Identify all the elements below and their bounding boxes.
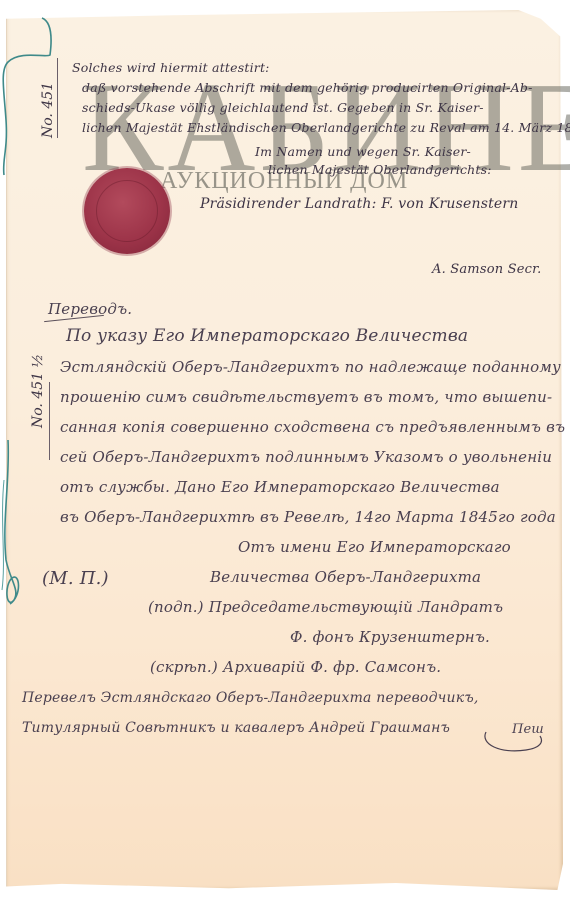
closing-line: Отъ имени Его Императорскаго xyxy=(238,538,511,556)
margin-number-top: No. 451 xyxy=(40,82,56,138)
translation-line: отъ службы. Дано Его Императорскаго Вели… xyxy=(60,478,500,496)
translation-line: въ Оберъ-Ландгерихтѣ въ Ревелѣ, 14го Мар… xyxy=(60,508,556,526)
german-line: Im Namen und wegen Sr. Kaiser- xyxy=(255,144,471,159)
wax-seal-rim xyxy=(96,180,158,242)
german-line: Solches wird hiermit attestirt: xyxy=(72,60,270,75)
margin-number-middle: No. 451 ½ xyxy=(30,354,46,428)
german-line: lichen Majestät Oberlandgerichts: xyxy=(268,162,492,177)
margin-rule-middle xyxy=(49,382,50,460)
signatory-line: (скрѣп.) Архиварiй Ф. фр. Самсонъ. xyxy=(150,658,441,676)
closing-line: Величества Оберъ-Ландгерихта xyxy=(210,568,481,586)
seal-place-mark: (М. П.) xyxy=(42,568,109,589)
german-line: lichen Majestät Ehstländischen Oberlandg… xyxy=(82,120,570,135)
signatory-line: (подп.) Председательствующiй Ландратъ xyxy=(148,598,503,616)
secretary-signature: A. Samson Secr. xyxy=(432,262,541,277)
margin-rule-top xyxy=(57,58,58,138)
signatory-line: Ф. фонъ Крузенштернъ. xyxy=(290,628,490,646)
german-line: schieds-Ukase völlig gleichlautend ist. … xyxy=(82,100,484,115)
translation-line: Эстляндскiй Оберъ-Ландгерихтъ по надлежа… xyxy=(60,358,561,376)
translation-line: санная копiя совершенно сходствена съ пр… xyxy=(60,418,565,436)
translation-line: прошенiю симъ свидѣтельствуетъ въ томъ, … xyxy=(60,388,552,406)
german-line: daß vorstehende Abschrift mit dem gehöri… xyxy=(82,80,533,95)
translator-line: Титулярный Совѣтникъ и кавалеръ Андрей Г… xyxy=(22,720,450,736)
translation-line: По указу Его Императорскаго Величества xyxy=(66,326,468,346)
signature-flourish-icon xyxy=(480,728,550,758)
wax-seal xyxy=(84,168,170,254)
translator-line: Перевелъ Эстляндскаго Оберъ-Ландгерихта … xyxy=(22,690,479,706)
translation-line: сей Оберъ-Ландгерихтъ подлиннымъ Указомъ… xyxy=(60,448,552,466)
president-signature: Präsidirender Landrath: F. von Krusenste… xyxy=(200,196,519,212)
